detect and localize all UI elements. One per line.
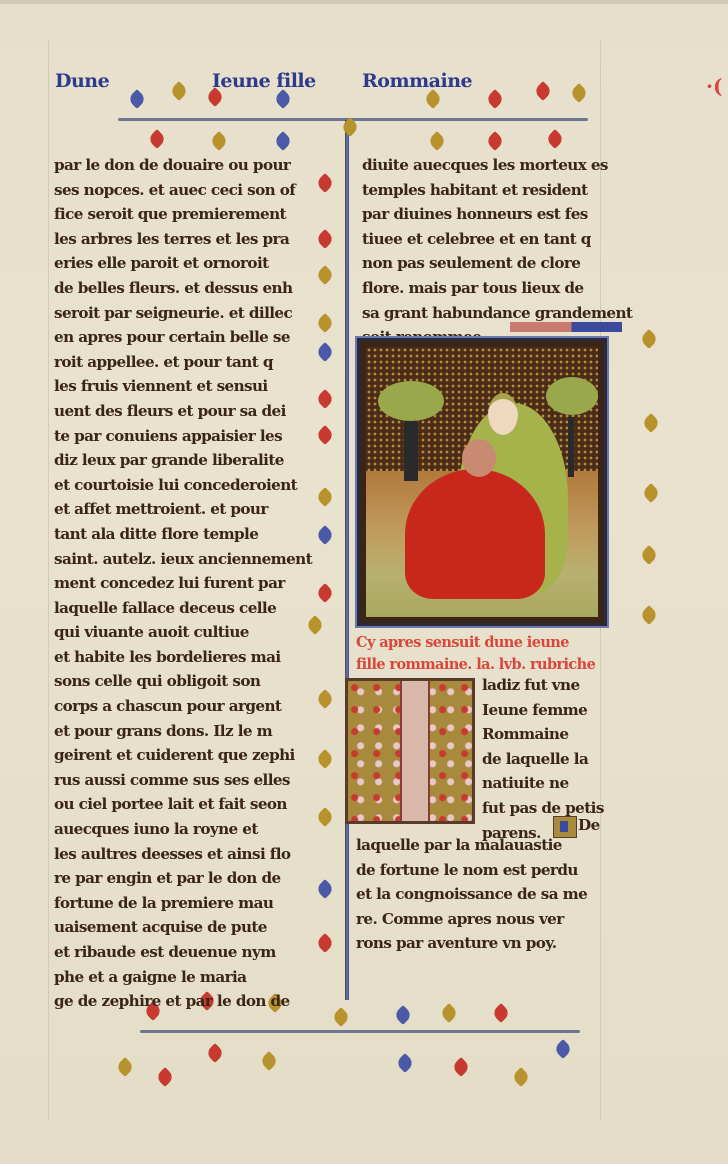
text-line: Ieune femme xyxy=(482,698,604,723)
leaf-icon xyxy=(485,131,505,151)
text-line: te par conuiens appaisier les xyxy=(54,424,312,449)
text-line: ou ciel portee lait et fait seon xyxy=(54,792,312,817)
leaf-icon xyxy=(315,689,335,709)
text-line: les arbres les terres et les pra xyxy=(54,227,312,252)
text-line: rons par aventure vn poy. xyxy=(356,931,587,956)
text-line: non pas seulement de clore xyxy=(362,251,632,276)
leaf-icon xyxy=(315,487,335,507)
manuscript-page: Dune Ieune fille Rommaine ·( xyxy=(0,0,728,1164)
text-line: par le don de douaire ou pour xyxy=(54,153,312,178)
text-line: les aultres deesses et ainsi flo xyxy=(54,842,312,867)
leaf-icon xyxy=(315,807,335,827)
leaf-icon xyxy=(639,545,659,565)
text-line: et habite les bordelieres mai xyxy=(54,645,312,670)
leaf-icon xyxy=(315,425,335,445)
text-line: phe et a gaigne le maria xyxy=(54,965,312,990)
text-line: ment concedez lui furent par xyxy=(54,571,312,596)
text-line: ge de zephire et par le don de xyxy=(54,989,312,1014)
figure-woman-red xyxy=(405,469,545,599)
text-line: et ribaude est deuenue nym xyxy=(54,940,312,965)
leaf-icon xyxy=(639,605,659,625)
tree-icon xyxy=(546,377,598,415)
rubric-heading: Cy apres sensuit dune ieune fille rommai… xyxy=(356,632,595,676)
text-line: corps a chascun pour argent xyxy=(54,694,312,719)
text-line: tant ala ditte flore temple xyxy=(54,522,312,547)
text-line: en apres pour certain belle se xyxy=(54,325,312,350)
leaf-icon xyxy=(205,1043,225,1063)
leaf-icon xyxy=(315,525,335,545)
text-line: et la congnoissance de sa me xyxy=(356,882,587,907)
running-title-part: Dune xyxy=(55,70,109,96)
leaf-icon xyxy=(315,879,335,899)
tree-trunk xyxy=(404,421,418,481)
leaf-icon xyxy=(315,313,335,333)
leaf-icon xyxy=(553,1039,573,1059)
text-line: sons celle qui obligoit son xyxy=(54,669,312,694)
leaf-icon xyxy=(169,81,189,101)
figure-head xyxy=(462,439,496,477)
text-line: natiuite ne xyxy=(482,771,604,796)
text-line: et affet mettroient. et pour xyxy=(54,497,312,522)
text-line: uaisement acquise de pute xyxy=(54,915,312,940)
text-line: rus aussi comme sus ses elles xyxy=(54,768,312,793)
leaf-icon xyxy=(451,1057,471,1077)
leaf-icon xyxy=(395,1053,415,1073)
leaf-icon xyxy=(147,129,167,149)
leaf-icon xyxy=(315,583,335,603)
text-line: et courtoisie lui concederoient xyxy=(54,473,312,498)
leaf-icon xyxy=(209,131,229,151)
leaf-icon xyxy=(533,81,553,101)
bottom-vine-branch xyxy=(140,1030,580,1033)
text-line: et pour grans dons. Ilz le m xyxy=(54,719,312,744)
text-line: auecques iuno la royne et xyxy=(54,817,312,842)
leaf-icon xyxy=(315,229,335,249)
rubric-line: Cy apres sensuit dune ieune xyxy=(356,632,595,654)
text-line: de laquelle la xyxy=(482,747,604,772)
text-line: laquelle fallace deceus celle xyxy=(54,596,312,621)
tree-trunk xyxy=(568,417,574,477)
text-line: seroit par seigneurie. et dillec xyxy=(54,301,312,326)
text-line: roit appellee. et pour tant q xyxy=(54,350,312,375)
leaf-icon xyxy=(315,933,335,953)
leaf-icon xyxy=(315,389,335,409)
figure-head xyxy=(488,393,518,435)
text-line: re par engin et par le don de xyxy=(54,866,312,891)
leaf-icon xyxy=(641,483,661,503)
text-line: diuite auecques les morteux es xyxy=(362,153,632,178)
leaf-icon xyxy=(545,129,565,149)
ruling-line xyxy=(48,40,49,1120)
right-text-column-bottom: laquelle par la malauastie de fortune le… xyxy=(356,833,587,956)
leaf-icon xyxy=(127,89,147,109)
line-filler-bar xyxy=(510,322,622,332)
leaf-icon xyxy=(315,749,335,769)
leaf-icon xyxy=(485,89,505,109)
border-stem xyxy=(345,120,349,1000)
leaf-icon xyxy=(331,1007,351,1027)
text-line: eries elle paroit et ornoroit xyxy=(54,251,312,276)
leaf-icon xyxy=(511,1067,531,1087)
text-line: ladiz fut vne xyxy=(482,673,604,698)
text-line: flore. mais par tous lieux de xyxy=(362,276,632,301)
initial-letter-shaft xyxy=(400,681,430,821)
text-line: Rommaine xyxy=(482,722,604,747)
leaf-icon xyxy=(155,1067,175,1087)
left-text-column: par le don de douaire ou pour ses nopces… xyxy=(54,153,312,1014)
leaf-icon xyxy=(427,131,447,151)
leaf-icon xyxy=(569,83,589,103)
leaf-icon xyxy=(639,329,659,349)
margin-marker: ·( xyxy=(706,74,722,98)
running-title-part: Ieune fille xyxy=(212,70,316,96)
leaf-icon xyxy=(315,342,335,362)
text-line: de fortune le nom est perdu xyxy=(356,858,587,883)
text-line: tiuee et celebree et en tant q xyxy=(362,227,632,252)
leaf-icon xyxy=(315,173,335,193)
leaf-icon xyxy=(259,1051,279,1071)
leaf-icon xyxy=(315,265,335,285)
text-line: laquelle par la malauastie xyxy=(356,833,587,858)
text-line: diz leux par grande liberalite xyxy=(54,448,312,473)
leaf-icon xyxy=(273,131,293,151)
text-line: fice seroit que premierement xyxy=(54,202,312,227)
text-line: les fruis viennent et sensui xyxy=(54,374,312,399)
text-line: re. Comme apres nous ver xyxy=(356,907,587,932)
page-top-edge xyxy=(0,0,728,4)
leaf-icon xyxy=(641,413,661,433)
text-line: geirent et cuiderent que zephi xyxy=(54,743,312,768)
right-text-column-top: diuite auecques les morteux es temples h… xyxy=(362,153,632,350)
text-line: par diuines honneurs est fes xyxy=(362,202,632,227)
running-title-part: Rommaine xyxy=(362,70,472,96)
leaf-icon xyxy=(393,1005,413,1025)
text-line: temples habitant et resident xyxy=(362,178,632,203)
text-line: fortune de la premiere mau xyxy=(54,891,312,916)
text-line: de belles fleurs. et dessus enh xyxy=(54,276,312,301)
decorated-initial xyxy=(345,678,475,824)
miniature-painting xyxy=(357,338,607,626)
leaf-icon xyxy=(115,1057,135,1077)
text-line: qui viuante auoit cultiue xyxy=(54,620,312,645)
leaf-icon xyxy=(439,1003,459,1023)
text-line: ses nopces. et auec ceci son of xyxy=(54,178,312,203)
text-line: uent des fleurs et pour sa dei xyxy=(54,399,312,424)
text-line: saint. autelz. ieux anciennement xyxy=(54,547,312,572)
tree-icon xyxy=(378,381,444,421)
leaf-icon xyxy=(491,1003,511,1023)
